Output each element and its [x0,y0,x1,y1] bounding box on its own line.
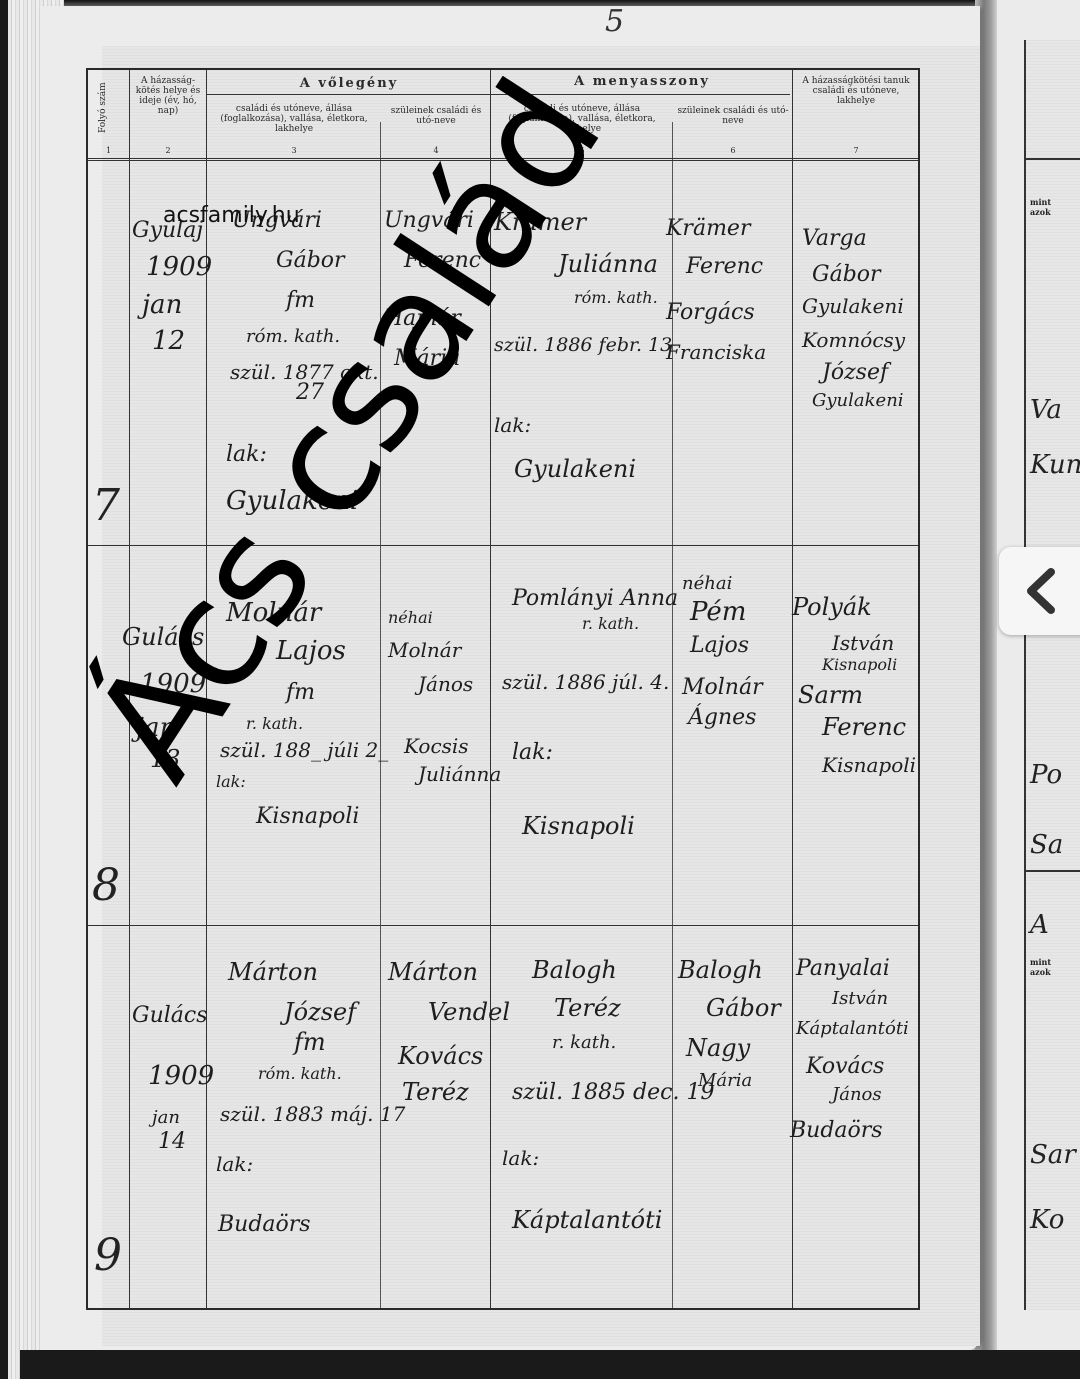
adjacent-page-handwriting: Kun [1030,450,1080,480]
groom-parents: néhai Molnár János Kocsis Juliánna [388,610,501,784]
adjacent-page-label: azok [1030,208,1051,217]
entry-place-date: Gyulaj 1909 jan 12 [132,220,212,354]
adjacent-page-handwriting: Sar [1030,1140,1076,1170]
bride-parents: Krämer Ferenc Forgács Franciska [666,218,766,362]
scan-bottom-edge [20,1350,1080,1379]
witnesses: Varga Gábor Gyulakeni Komnócsy József Gy… [802,228,905,410]
entry-number: 8 [92,860,120,911]
page-number: 5 [605,4,624,39]
adjacent-page-handwriting: Ko [1030,1205,1064,1235]
adjacent-page-label: mint [1030,958,1051,967]
watermark-url: acsfamily.hu [163,203,300,228]
adjacent-page-handwriting: Po [1030,760,1062,790]
chevron-left-icon [1023,566,1057,616]
header-bride-parents: szüleinek családi és utó-neve [674,106,792,126]
column-number: 1 [88,146,129,155]
column-number: 6 [674,146,792,155]
header-groom: A vőlegény [208,76,490,91]
groom-details: Márton József fm róm. kath. szül. 1883 m… [228,960,405,1236]
bride-parents: néhai Pém Lajos Molnár Ágnes [682,575,763,729]
adjacent-page-handwriting: A [1030,910,1049,940]
witnesses: Polyák István Kisnapoli Sarm Ferenc Kisn… [792,595,916,775]
header-groom-details: családi és utóneve, állása (foglalkozása… [208,104,380,134]
header-place-date: A házasság-kötés helye és ideje (év, hó,… [131,76,205,116]
adjacent-page-handwriting: Sa [1030,830,1063,860]
adjacent-page-handwriting: Va [1030,395,1062,425]
bride-parents: Balogh Gábor Nagy Mária [678,958,781,1090]
adjacent-page-label: azok [1030,968,1051,977]
header-serial-number: Folyó szám [98,78,118,138]
previous-image-button[interactable] [999,547,1080,635]
bride-details: Pomlányi Anna r. kath. szül. 1886 júl. 4… [502,588,678,838]
column-number: 2 [131,146,205,155]
column-number: 3 [208,146,380,155]
groom-parents: Márton Vendel Kovács Teréz [388,960,510,1104]
entry-number: 9 [94,1230,122,1281]
adjacent-page-label: mint [1030,198,1051,207]
adjacent-page: mint azok Va Kun Po Sa A mint azok Sar K… [994,0,1080,1360]
entry-number: 7 [92,480,120,531]
column-number: 7 [794,146,918,155]
header-witnesses: A házasságkötési tanuk családi és utónev… [794,76,918,106]
witnesses: Panyalai István Káptalantóti Kovács Jáno… [796,958,909,1142]
entry-place-date: Gulács 1909 jan 14 [132,1005,214,1153]
